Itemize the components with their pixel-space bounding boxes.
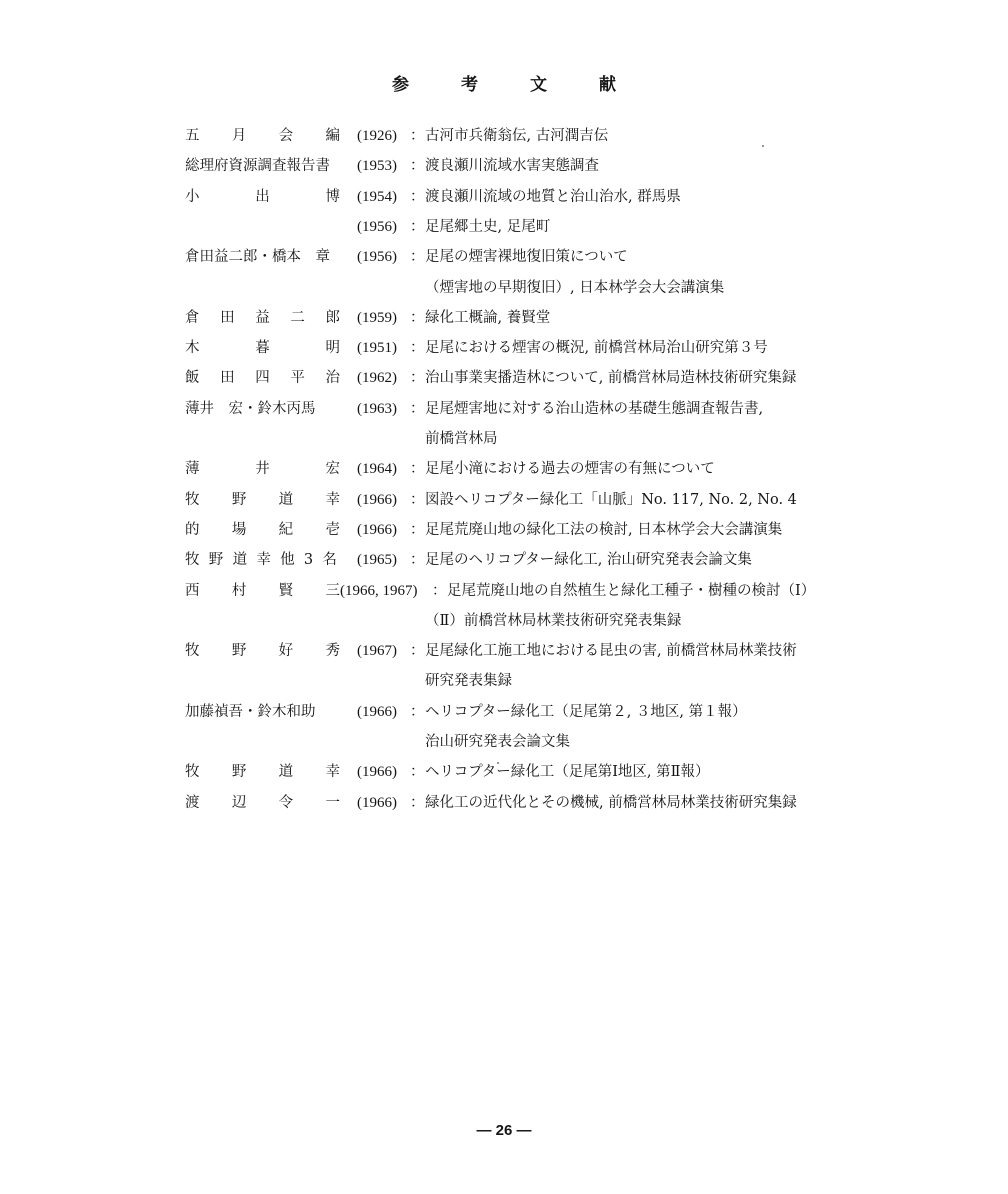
- reference-author: 加藤禎吾・鈴木和助: [185, 700, 340, 724]
- reference-title: 足尾における煙害の概況, 前橋営林局治山研究第３号: [425, 336, 768, 360]
- reference-author: 薄井 宏・鈴木丙馬: [185, 397, 340, 421]
- author-char: 牧: [185, 760, 200, 784]
- separator-colon: ：: [410, 306, 425, 330]
- reference-year: (1956): [357, 245, 409, 269]
- author-char: 場: [232, 518, 247, 542]
- author-char: 田: [220, 306, 235, 330]
- author-char: 倉: [185, 306, 200, 330]
- author-char: 平: [290, 366, 305, 390]
- reference-year: (1959): [357, 306, 409, 330]
- reference-author: 牧野道幸: [185, 488, 340, 512]
- reference-title: 緑化工概論, 養賢堂: [425, 306, 550, 330]
- reference-title-continued: 治山研究発表会論文集: [425, 730, 570, 754]
- separator-colon: ：: [410, 215, 425, 239]
- reference-title: 治山事業実播造林について, 前橋営林局造林技術研究集録: [425, 366, 796, 390]
- author-char: 牧: [185, 488, 200, 512]
- author-char: 益: [255, 306, 270, 330]
- author-char: 薄井 宏・鈴木丙馬: [185, 397, 316, 421]
- author-char: 3: [304, 548, 313, 572]
- author-char: 的: [185, 518, 200, 542]
- scan-speck: [762, 145, 764, 147]
- reference-title: ヘリコプター緑化工（足尾第２, ３地区, 第１報）: [425, 700, 747, 724]
- reference-year: (1966): [357, 518, 409, 542]
- author-char: 野: [232, 760, 247, 784]
- separator-colon: ：: [410, 700, 425, 724]
- reference-year: (1954): [357, 185, 409, 209]
- reference-year: (1966): [357, 488, 409, 512]
- author-char: 総理府資源調査報告書: [185, 154, 330, 178]
- title-char: 考: [461, 70, 478, 95]
- reference-year: (1967): [357, 639, 409, 663]
- reference-title: 緑化工の近代化とその機械, 前橋営林局林業技術研究集録: [425, 791, 797, 815]
- author-char: 倉田益二郎・橋本 章: [185, 245, 330, 269]
- title-char: 献: [599, 70, 616, 95]
- reference-title: 足尾のヘリコプター緑化工, 治山研究発表会論文集: [425, 548, 752, 572]
- author-char: 渡: [185, 791, 200, 815]
- author-char: 他: [280, 548, 295, 572]
- reference-title: ヘリコプター緑化工（足尾第Ⅰ地区, 第Ⅱ報）: [425, 760, 710, 784]
- author-char: 木: [185, 336, 200, 360]
- author-char: 壱: [325, 518, 340, 542]
- separator-colon: ：: [432, 579, 447, 603]
- reference-title: 足尾荒廃山地の緑化工法の検討, 日本林学会大会講演集: [425, 518, 782, 542]
- author-char: 幸: [325, 760, 340, 784]
- reference-author: 倉田益二郎・橋本 章: [185, 245, 340, 269]
- separator-colon: ：: [410, 518, 425, 542]
- author-char: 幸: [256, 548, 271, 572]
- author-char: 賢: [279, 579, 294, 603]
- reference-year: (1963): [357, 397, 409, 421]
- author-char: 編: [325, 124, 340, 148]
- author-char: 紀: [279, 518, 294, 542]
- page-number: — 26 —: [0, 1122, 1008, 1139]
- author-char: 田: [220, 366, 235, 390]
- author-char: 飯: [185, 366, 200, 390]
- reference-author: 倉田益二郎: [185, 306, 340, 330]
- author-char: 令: [279, 791, 294, 815]
- reference-author: 飯田四平治: [185, 366, 340, 390]
- separator-colon: ：: [410, 124, 425, 148]
- reference-year: (1964): [357, 457, 409, 481]
- author-char: 道: [279, 760, 294, 784]
- scan-speck: [497, 762, 499, 764]
- reference-year: (1926): [357, 124, 409, 148]
- author-char: 二: [290, 306, 305, 330]
- reference-author: 西村賢三: [185, 579, 340, 603]
- reference-author: 牧野道幸: [185, 760, 340, 784]
- author-char: 五: [185, 124, 200, 148]
- separator-colon: ：: [410, 791, 425, 815]
- reference-year: (1953): [357, 154, 409, 178]
- author-char: 道: [279, 488, 294, 512]
- reference-author: 渡辺令一: [185, 791, 340, 815]
- reference-title: 渡良瀬川流域水害実態調査: [425, 154, 599, 178]
- author-char: 郎: [326, 306, 341, 330]
- reference-title: 足尾荒廃山地の自然植生と緑化工種子・樹種の検討（Ⅰ）: [447, 579, 815, 603]
- page-title: 参考文献: [0, 70, 1008, 95]
- author-char: 加藤禎吾・鈴木和助: [185, 700, 316, 724]
- author-char: 井: [255, 457, 270, 481]
- author-char: 好: [279, 639, 294, 663]
- separator-colon: ：: [410, 397, 425, 421]
- author-char: 明: [326, 336, 341, 360]
- reference-title-continued: 研究発表集録: [425, 669, 512, 693]
- author-char: 秀: [325, 639, 340, 663]
- reference-author: 五月会編: [185, 124, 340, 148]
- reference-year: (1966, 1967): [340, 579, 392, 603]
- author-char: 名: [322, 548, 337, 572]
- reference-year: (1966): [357, 760, 409, 784]
- separator-colon: ：: [410, 548, 425, 572]
- reference-title-continued: （Ⅱ）前橋営林局林業技術研究発表集録: [425, 609, 681, 633]
- reference-title: 足尾緑化工施工地における昆虫の害, 前橋営林局林業技術: [425, 639, 797, 663]
- author-char: 道: [233, 548, 248, 572]
- separator-colon: ：: [410, 488, 425, 512]
- reference-title-continued: （煙害地の早期復旧）, 日本林学会大会講演集: [425, 276, 724, 300]
- title-char: 参: [392, 70, 409, 95]
- author-char: 三: [325, 579, 340, 603]
- reference-year: (1962): [357, 366, 409, 390]
- separator-colon: ：: [410, 639, 425, 663]
- author-char: 牧: [185, 639, 200, 663]
- separator-colon: ：: [410, 457, 425, 481]
- reference-year: (1956): [357, 215, 409, 239]
- separator-colon: ：: [410, 366, 425, 390]
- separator-colon: ：: [410, 336, 425, 360]
- author-char: 薄: [185, 457, 200, 481]
- reference-year: (1965): [357, 548, 409, 572]
- reference-title: 渡良瀬川流域の地質と治山治水, 群馬県: [425, 185, 681, 209]
- author-char: 小: [185, 185, 200, 209]
- author-char: 辺: [232, 791, 247, 815]
- author-char: 村: [232, 579, 247, 603]
- reference-title: 足尾の煙害裸地復旧策について: [425, 245, 628, 269]
- author-char: 宏: [326, 457, 341, 481]
- separator-colon: ：: [410, 185, 425, 209]
- separator-colon: ：: [410, 154, 425, 178]
- reference-year: (1966): [357, 791, 409, 815]
- author-char: 博: [326, 185, 341, 209]
- separator-colon: ：: [410, 245, 425, 269]
- author-char: 一: [325, 791, 340, 815]
- reference-author: 牧野好秀: [185, 639, 340, 663]
- reference-author: 木暮明: [185, 336, 340, 360]
- reference-author: 牧野道幸他3名: [185, 548, 337, 572]
- reference-title: 古河市兵衛翁伝, 古河潤吉伝: [425, 124, 608, 148]
- author-char: 出: [255, 185, 270, 209]
- separator-colon: ：: [410, 760, 425, 784]
- author-char: 会: [279, 124, 294, 148]
- reference-author: 薄井宏: [185, 457, 340, 481]
- reference-author: 的場紀壱: [185, 518, 340, 542]
- reference-title: 足尾郷土史, 足尾町: [425, 215, 550, 239]
- author-char: 四: [255, 366, 270, 390]
- author-char: 幸: [325, 488, 340, 512]
- reference-author: 小出博: [185, 185, 340, 209]
- author-char: 暮: [255, 336, 270, 360]
- author-char: 西: [185, 579, 200, 603]
- author-char: 野: [232, 639, 247, 663]
- reference-author: 総理府資源調査報告書: [185, 154, 340, 178]
- reference-title: 足尾煙害地に対する治山造林の基礎生態調査報告書,: [425, 397, 763, 421]
- author-char: 野: [232, 488, 247, 512]
- author-char: 治: [326, 366, 341, 390]
- reference-title-continued: 前橋営林局: [425, 427, 498, 451]
- author-char: 牧: [185, 548, 200, 572]
- author-char: 野: [209, 548, 224, 572]
- reference-year: (1951): [357, 336, 409, 360]
- author-char: 月: [232, 124, 247, 148]
- title-char: 文: [530, 70, 547, 95]
- reference-title: 足尾小滝における過去の煙害の有無について: [425, 457, 715, 481]
- reference-year: (1966): [357, 700, 409, 724]
- reference-title: 図設ヘリコプター緑化工「山脈」No. 117, No. 2, No. 4: [425, 488, 797, 512]
